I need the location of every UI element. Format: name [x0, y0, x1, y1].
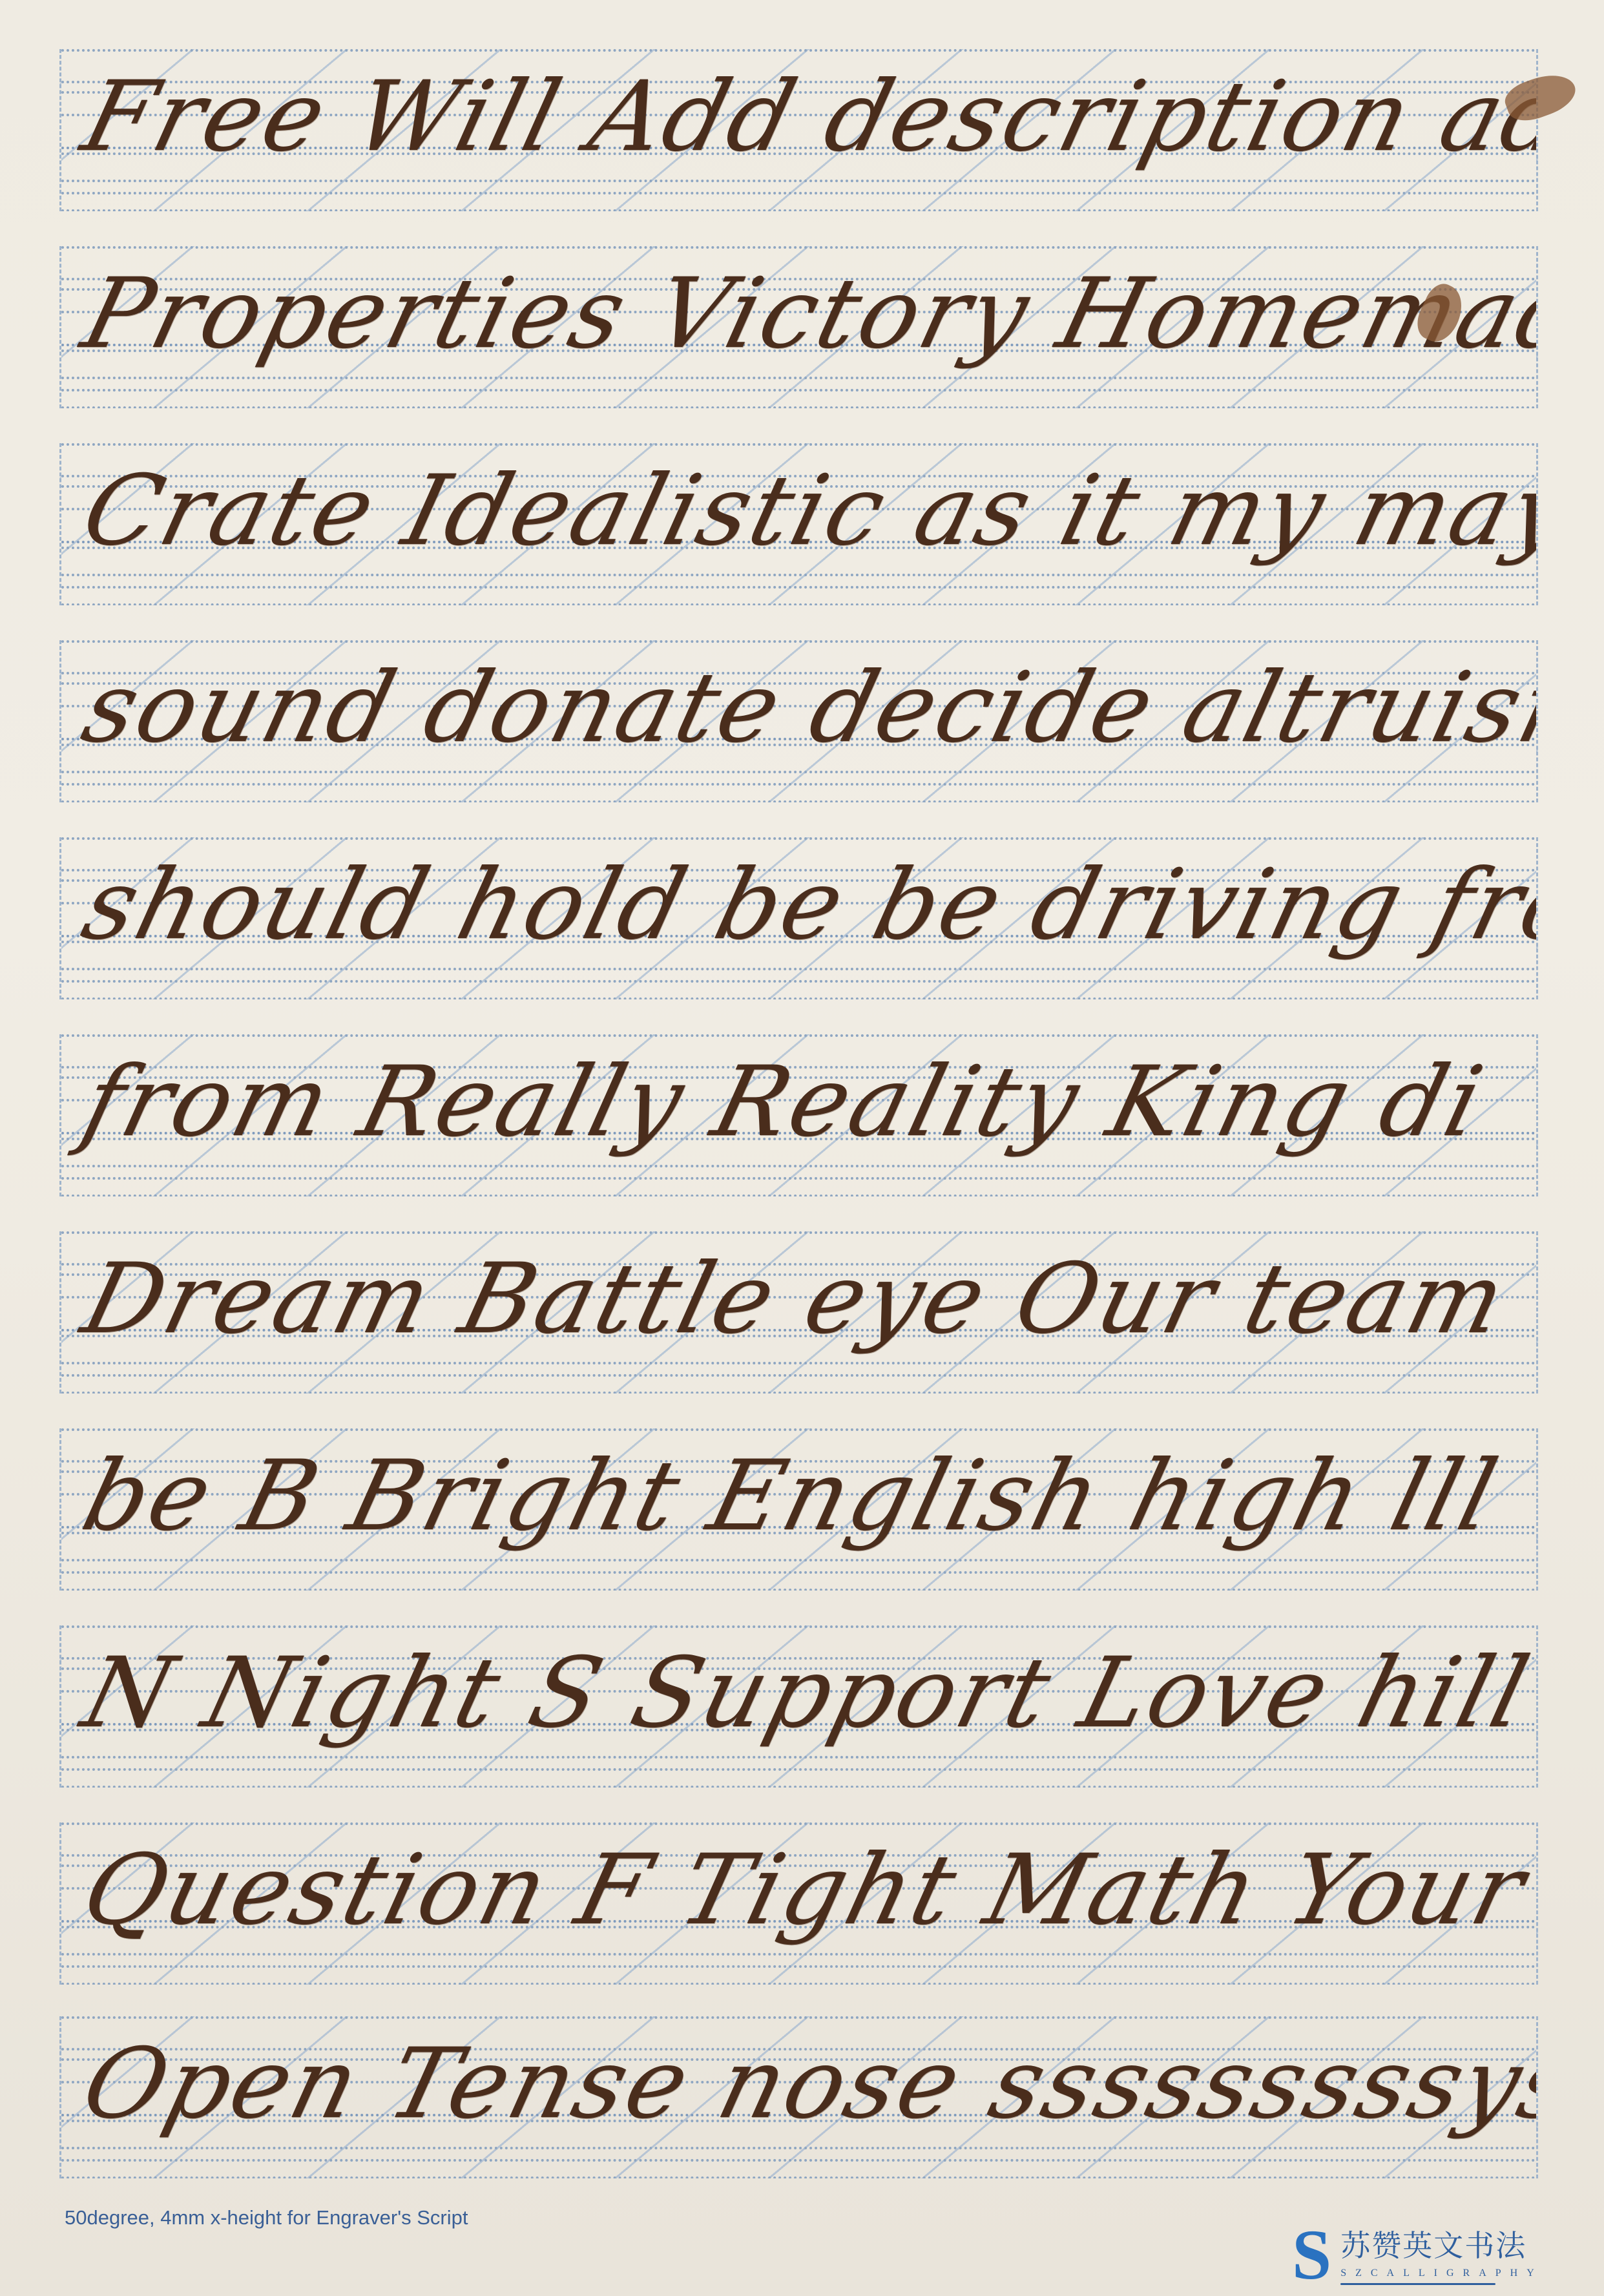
handwritten-line: N Night S Support Love hill: [74, 1645, 1538, 1742]
brand-logo: S 苏赞英文书法 SZCALLIGRAPHY: [1292, 2222, 1543, 2287]
practice-line-2: Properties Victory Homemade: [59, 246, 1538, 408]
handwritten-line: sound donate decide altruism l: [74, 660, 1538, 757]
handwritten-line: Crate Idealistic as it my may: [74, 463, 1538, 559]
handwritten-line: Free Will Add description add: [74, 68, 1538, 165]
handwritten-line: Question F Tight Math Your: [74, 1842, 1536, 1939]
logo-underline: [1340, 2283, 1495, 2285]
handwritten-line: Properties Victory Homemade: [74, 266, 1538, 362]
practice-line-5: should hold be be driving front: [59, 837, 1538, 999]
practice-line-11: Open Tense nose sssssssssystem: [59, 2016, 1538, 2178]
practice-line-8: be B Bright English high lll: [59, 1428, 1538, 1591]
s-logo-icon: S: [1292, 2222, 1331, 2287]
logo-english-name: SZCALLIGRAPHY: [1340, 2268, 1543, 2279]
handwritten-line: should hold be be driving front: [74, 857, 1538, 954]
handwritten-line: Open Tense nose sssssssssystem: [74, 2036, 1538, 2133]
practice-line-6: from Really Reality King di: [59, 1034, 1538, 1196]
practice-line-10: Question F Tight Math Your: [59, 1822, 1538, 1985]
sheet-caption: 50degree, 4mm x-height for Engraver's Sc…: [65, 2206, 468, 2229]
practice-line-7: Dream Battle eye Our team tea: [59, 1231, 1538, 1393]
practice-line-9: N Night S Support Love hill: [59, 1625, 1538, 1788]
handwritten-line: be B Bright English high lll: [74, 1448, 1507, 1545]
practice-line-3: Crate Idealistic as it my may: [59, 443, 1538, 605]
practice-line-1: Free Will Add description add: [59, 49, 1538, 211]
handwritten-line: Dream Battle eye Our team tea: [74, 1251, 1538, 1348]
calligraphy-practice-sheet: Free Will Add description add Properties…: [0, 0, 1604, 2296]
practice-line-4: sound donate decide altruism l: [59, 640, 1538, 802]
logo-chinese-name: 苏赞英文书法: [1340, 2222, 1543, 2265]
handwritten-line: from Really Reality King di: [74, 1054, 1493, 1151]
